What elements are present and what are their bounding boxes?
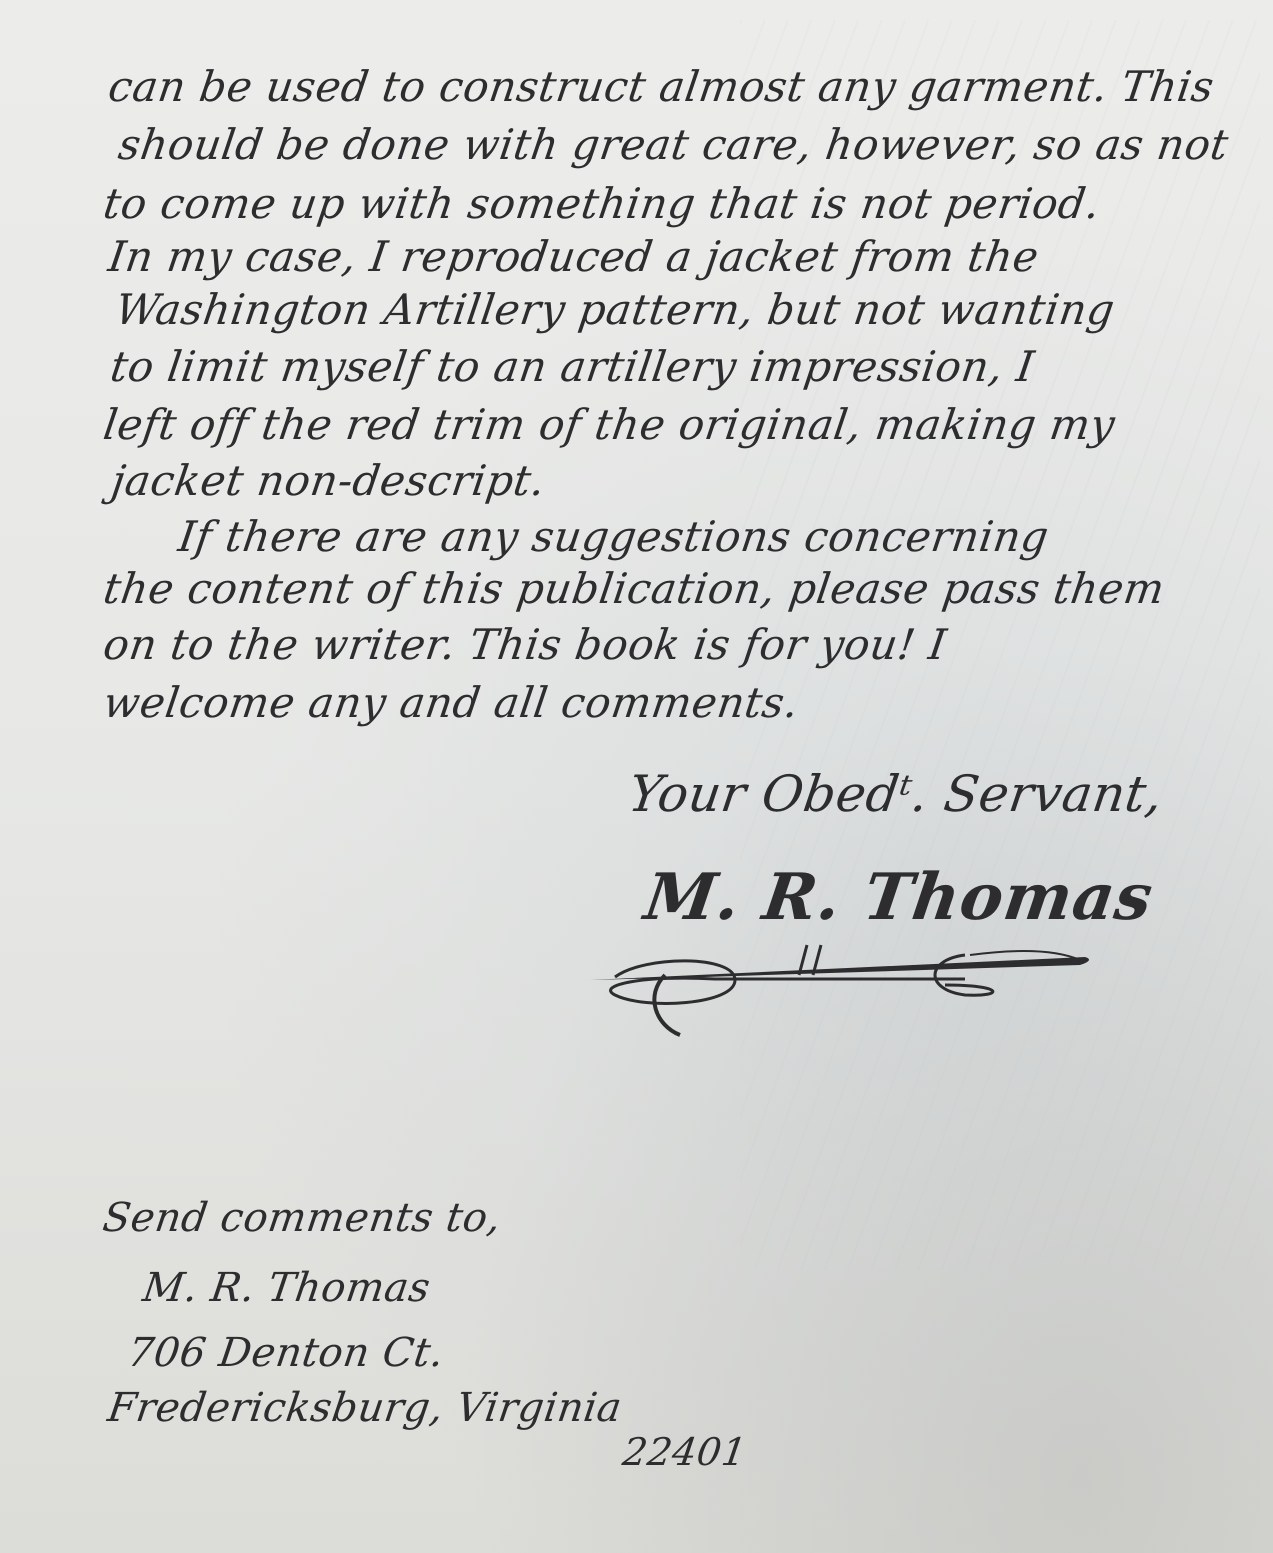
signature-flourish-icon <box>585 935 1095 1045</box>
document-page: can be used to construct almost any garm… <box>0 0 1273 1553</box>
body-line: left off the red trim of the original, m… <box>100 398 1118 452</box>
address-city-state: Fredericksburg, Virginia <box>105 1385 625 1431</box>
body-line: on to the writer. This book is for you! … <box>100 618 950 672</box>
address-zip: 22401 <box>620 1430 750 1474</box>
address-heading: Send comments to, <box>100 1195 504 1241</box>
signature: M. R. Thomas <box>640 860 1158 935</box>
body-line: jacket non-descript. <box>108 454 549 508</box>
body-line: should be done with great care, however,… <box>115 118 1232 172</box>
body-line: can be used to construct almost any garm… <box>105 60 1217 114</box>
body-line: If there are any suggestions concerning <box>175 510 1052 564</box>
closing-salutation: Your Obedᵗ. Servant, <box>625 765 1167 823</box>
address-street: 706 Denton Ct. <box>125 1330 447 1376</box>
body-line: to limit myself to an artillery impressi… <box>107 340 1038 394</box>
address-name: M. R. Thomas <box>140 1265 433 1311</box>
body-line: the content of this publication, please … <box>100 562 1168 616</box>
body-line: In my case, I reproduced a jacket from t… <box>105 230 1042 284</box>
body-line: welcome any and all comments. <box>100 676 802 730</box>
body-line: Washington Artillery pattern, but not wa… <box>112 283 1118 337</box>
body-line: to come up with something that is not pe… <box>100 177 1103 231</box>
